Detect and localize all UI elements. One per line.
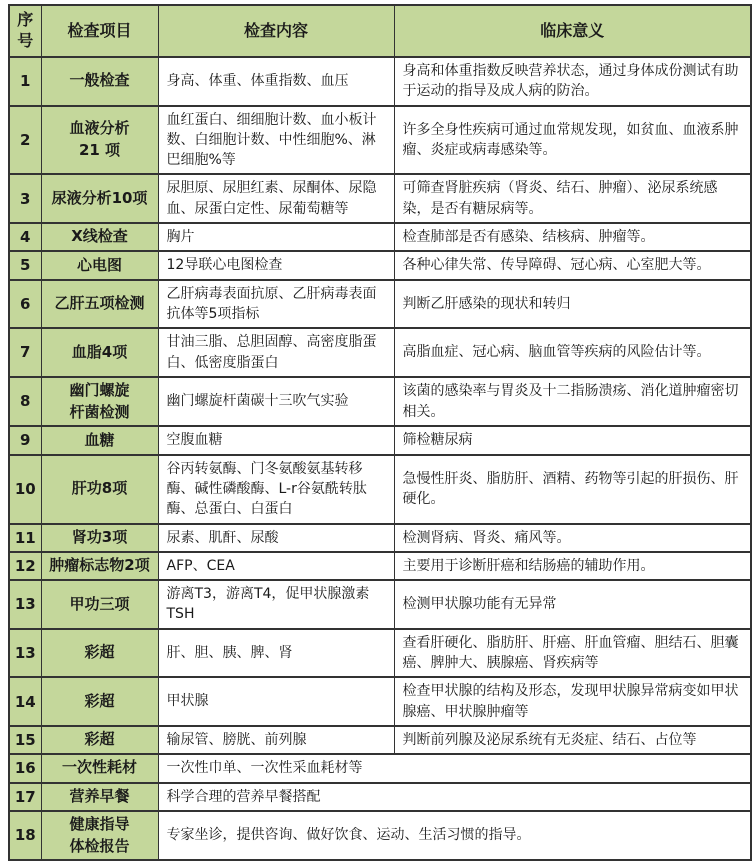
exam-content-cell: 科学合理的营养早餐搭配: [158, 783, 751, 811]
exam-content-cell: 专家坐诊，提供咨询、做好饮食、运动、生活习惯的指导。: [158, 811, 751, 861]
header-cell-item: 检查项目: [41, 5, 158, 57]
table-row: 3尿液分析10项尿胆原、尿胆红素、尿酮体、尿隐血、尿蛋白定性、尿葡萄糖等可筛查肾…: [9, 174, 751, 223]
table-row: 13甲功三项游离T3，游离T4，促甲状腺激素TSH检测甲状腺功能有无异常: [9, 580, 751, 629]
clinical-meaning-cell: 高脂血症、冠心病、脑血管等疾病的风险估计等。: [394, 328, 751, 377]
exam-item-cell: 幽门螺旋 杆菌检测: [41, 377, 158, 427]
row-number-cell: 11: [9, 524, 41, 552]
exam-item-cell: 彩超: [41, 629, 158, 678]
table-row: 14彩超甲状腺检查甲状腺的结构及形态，发现甲状腺异常病变如甲状腺癌、甲状腺肿瘤等: [9, 677, 751, 726]
row-number-cell: 1: [9, 57, 41, 106]
row-number-cell: 15: [9, 726, 41, 754]
row-number-cell: 2: [9, 106, 41, 175]
exam-content-cell: 乙肝病毒表面抗原、乙肝病毒表面抗体等5项指标: [158, 280, 394, 329]
exam-item-cell: 血液分析 21 项: [41, 106, 158, 175]
health-checkup-document: 序 号 检查项目 检查内容 临床意义 1一般检查身高、体重、体重指数、血压身高和…: [0, 0, 756, 868]
row-number-cell: 4: [9, 223, 41, 251]
table-row: 2血液分析 21 项血红蛋白、细细胞计数、血小板计数、白细胞计数、中性细胞%、淋…: [9, 106, 751, 175]
exam-content-cell: 尿素、肌酐、尿酸: [158, 524, 394, 552]
header-cell-content: 检查内容: [158, 5, 394, 57]
row-number-cell: 13: [9, 629, 41, 678]
exam-content-cell: 一次性巾单、一次性采血耗材等: [158, 754, 751, 782]
row-number-cell: 14: [9, 677, 41, 726]
exam-content-cell: 身高、体重、体重指数、血压: [158, 57, 394, 106]
table-row: 8幽门螺旋 杆菌检测幽门螺旋杆菌碳十三吹气实验该菌的感染率与胃炎及十二指肠溃疡、…: [9, 377, 751, 427]
header-cell-meaning: 临床意义: [394, 5, 751, 57]
table-body: 1一般检查身高、体重、体重指数、血压身高和体重指数反映营养状态，通过身体成份测试…: [9, 57, 751, 860]
clinical-meaning-cell: 各种心律失常、传导障碍、冠心病、心室肥大等。: [394, 251, 751, 279]
exam-item-cell: 甲功三项: [41, 580, 158, 629]
row-number-cell: 16: [9, 754, 41, 782]
health-checkup-table: 序 号 检查项目 检查内容 临床意义 1一般检查身高、体重、体重指数、血压身高和…: [8, 4, 752, 861]
exam-content-cell: 甘油三脂、总胆固醇、高密度脂蛋白、低密度脂蛋白: [158, 328, 394, 377]
exam-item-cell: 肝功8项: [41, 455, 158, 524]
clinical-meaning-cell: 可筛查肾脏疾病（肾炎、结石、肿瘤）、泌尿系统感染，是否有糖尿病等。: [394, 174, 751, 223]
row-number-cell: 17: [9, 783, 41, 811]
clinical-meaning-cell: 许多全身性疾病可通过血常规发现，如贫血、血液系肿瘤、炎症或病毒感染等。: [394, 106, 751, 175]
header-row: 序 号 检查项目 检查内容 临床意义: [9, 5, 751, 57]
row-number-cell: 3: [9, 174, 41, 223]
table-row: 13彩超肝、胆、胰、脾、肾查看肝硬化、脂肪肝、肝癌、肝血管瘤、胆结石、胆囊癌、脾…: [9, 629, 751, 678]
exam-content-cell: 输尿管、膀胱、前列腺: [158, 726, 394, 754]
table-row: 4X线检查胸片检查肺部是否有感染、结核病、肿瘤等。: [9, 223, 751, 251]
clinical-meaning-cell: 该菌的感染率与胃炎及十二指肠溃疡、消化道肿瘤密切相关。: [394, 377, 751, 427]
exam-item-cell: 血糖: [41, 426, 158, 454]
clinical-meaning-cell: 主要用于诊断肝癌和结肠癌的辅助作用。: [394, 552, 751, 580]
row-number-cell: 12: [9, 552, 41, 580]
row-number-cell: 10: [9, 455, 41, 524]
clinical-meaning-cell: 检查肺部是否有感染、结核病、肿瘤等。: [394, 223, 751, 251]
table-row: 18健康指导 体检报告专家坐诊，提供咨询、做好饮食、运动、生活习惯的指导。: [9, 811, 751, 861]
table-row: 1一般检查身高、体重、体重指数、血压身高和体重指数反映营养状态，通过身体成份测试…: [9, 57, 751, 106]
exam-item-cell: 心电图: [41, 251, 158, 279]
exam-content-cell: 胸片: [158, 223, 394, 251]
exam-item-cell: 血脂4项: [41, 328, 158, 377]
exam-item-cell: 肿瘤标志物2项: [41, 552, 158, 580]
exam-item-cell: 健康指导 体检报告: [41, 811, 158, 861]
exam-content-cell: 尿胆原、尿胆红素、尿酮体、尿隐血、尿蛋白定性、尿葡萄糖等: [158, 174, 394, 223]
clinical-meaning-cell: 急慢性肝炎、脂肪肝、酒精、药物等引起的肝损伤、肝硬化。: [394, 455, 751, 524]
exam-content-cell: 幽门螺旋杆菌碳十三吹气实验: [158, 377, 394, 427]
row-number-cell: 13: [9, 580, 41, 629]
exam-item-cell: 肾功3项: [41, 524, 158, 552]
exam-item-cell: 彩超: [41, 677, 158, 726]
table-row: 9血糖空腹血糖筛检糖尿病: [9, 426, 751, 454]
row-number-cell: 6: [9, 280, 41, 329]
clinical-meaning-cell: 检测肾病、肾炎、痛风等。: [394, 524, 751, 552]
clinical-meaning-cell: 判断乙肝感染的现状和转归: [394, 280, 751, 329]
exam-content-cell: 肝、胆、胰、脾、肾: [158, 629, 394, 678]
row-number-cell: 5: [9, 251, 41, 279]
exam-content-cell: 游离T3，游离T4，促甲状腺激素TSH: [158, 580, 394, 629]
row-number-cell: 7: [9, 328, 41, 377]
clinical-meaning-cell: 查看肝硬化、脂肪肝、肝癌、肝血管瘤、胆结石、胆囊癌、脾肿大、胰腺癌、肾疾病等: [394, 629, 751, 678]
exam-content-cell: 空腹血糖: [158, 426, 394, 454]
table-row: 7血脂4项甘油三脂、总胆固醇、高密度脂蛋白、低密度脂蛋白高脂血症、冠心病、脑血管…: [9, 328, 751, 377]
table-row: 5心电图12导联心电图检查各种心律失常、传导障碍、冠心病、心室肥大等。: [9, 251, 751, 279]
row-number-cell: 8: [9, 377, 41, 427]
header-cell-number: 序 号: [9, 5, 41, 57]
clinical-meaning-cell: 检测甲状腺功能有无异常: [394, 580, 751, 629]
clinical-meaning-cell: 筛检糖尿病: [394, 426, 751, 454]
exam-content-cell: AFP、CEA: [158, 552, 394, 580]
exam-item-cell: 一次性耗材: [41, 754, 158, 782]
exam-item-cell: X线检查: [41, 223, 158, 251]
exam-item-cell: 尿液分析10项: [41, 174, 158, 223]
row-number-cell: 18: [9, 811, 41, 861]
table-row: 17营养早餐科学合理的营养早餐搭配: [9, 783, 751, 811]
exam-content-cell: 谷丙转氨酶、门冬氨酸氨基转移酶、碱性磷酸酶、L-r谷氨酰转肽酶、总蛋白、白蛋白: [158, 455, 394, 524]
exam-item-cell: 彩超: [41, 726, 158, 754]
table-row: 15彩超输尿管、膀胱、前列腺判断前列腺及泌尿系统有无炎症、结石、占位等: [9, 726, 751, 754]
clinical-meaning-cell: 身高和体重指数反映营养状态，通过身体成份测试有助于运动的指导及成人病的防治。: [394, 57, 751, 106]
table-row: 16一次性耗材一次性巾单、一次性采血耗材等: [9, 754, 751, 782]
exam-item-cell: 乙肝五项检测: [41, 280, 158, 329]
clinical-meaning-cell: 判断前列腺及泌尿系统有无炎症、结石、占位等: [394, 726, 751, 754]
exam-content-cell: 血红蛋白、细细胞计数、血小板计数、白细胞计数、中性细胞%、淋巴细胞%等: [158, 106, 394, 175]
table-row: 6乙肝五项检测乙肝病毒表面抗原、乙肝病毒表面抗体等5项指标判断乙肝感染的现状和转…: [9, 280, 751, 329]
exam-content-cell: 12导联心电图检查: [158, 251, 394, 279]
exam-item-cell: 营养早餐: [41, 783, 158, 811]
clinical-meaning-cell: 检查甲状腺的结构及形态，发现甲状腺异常病变如甲状腺癌、甲状腺肿瘤等: [394, 677, 751, 726]
table-header: 序 号 检查项目 检查内容 临床意义: [9, 5, 751, 57]
row-number-cell: 9: [9, 426, 41, 454]
exam-content-cell: 甲状腺: [158, 677, 394, 726]
exam-item-cell: 一般检查: [41, 57, 158, 106]
table-row: 11肾功3项尿素、肌酐、尿酸检测肾病、肾炎、痛风等。: [9, 524, 751, 552]
table-row: 10肝功8项谷丙转氨酶、门冬氨酸氨基转移酶、碱性磷酸酶、L-r谷氨酰转肽酶、总蛋…: [9, 455, 751, 524]
table-row: 12肿瘤标志物2项AFP、CEA主要用于诊断肝癌和结肠癌的辅助作用。: [9, 552, 751, 580]
